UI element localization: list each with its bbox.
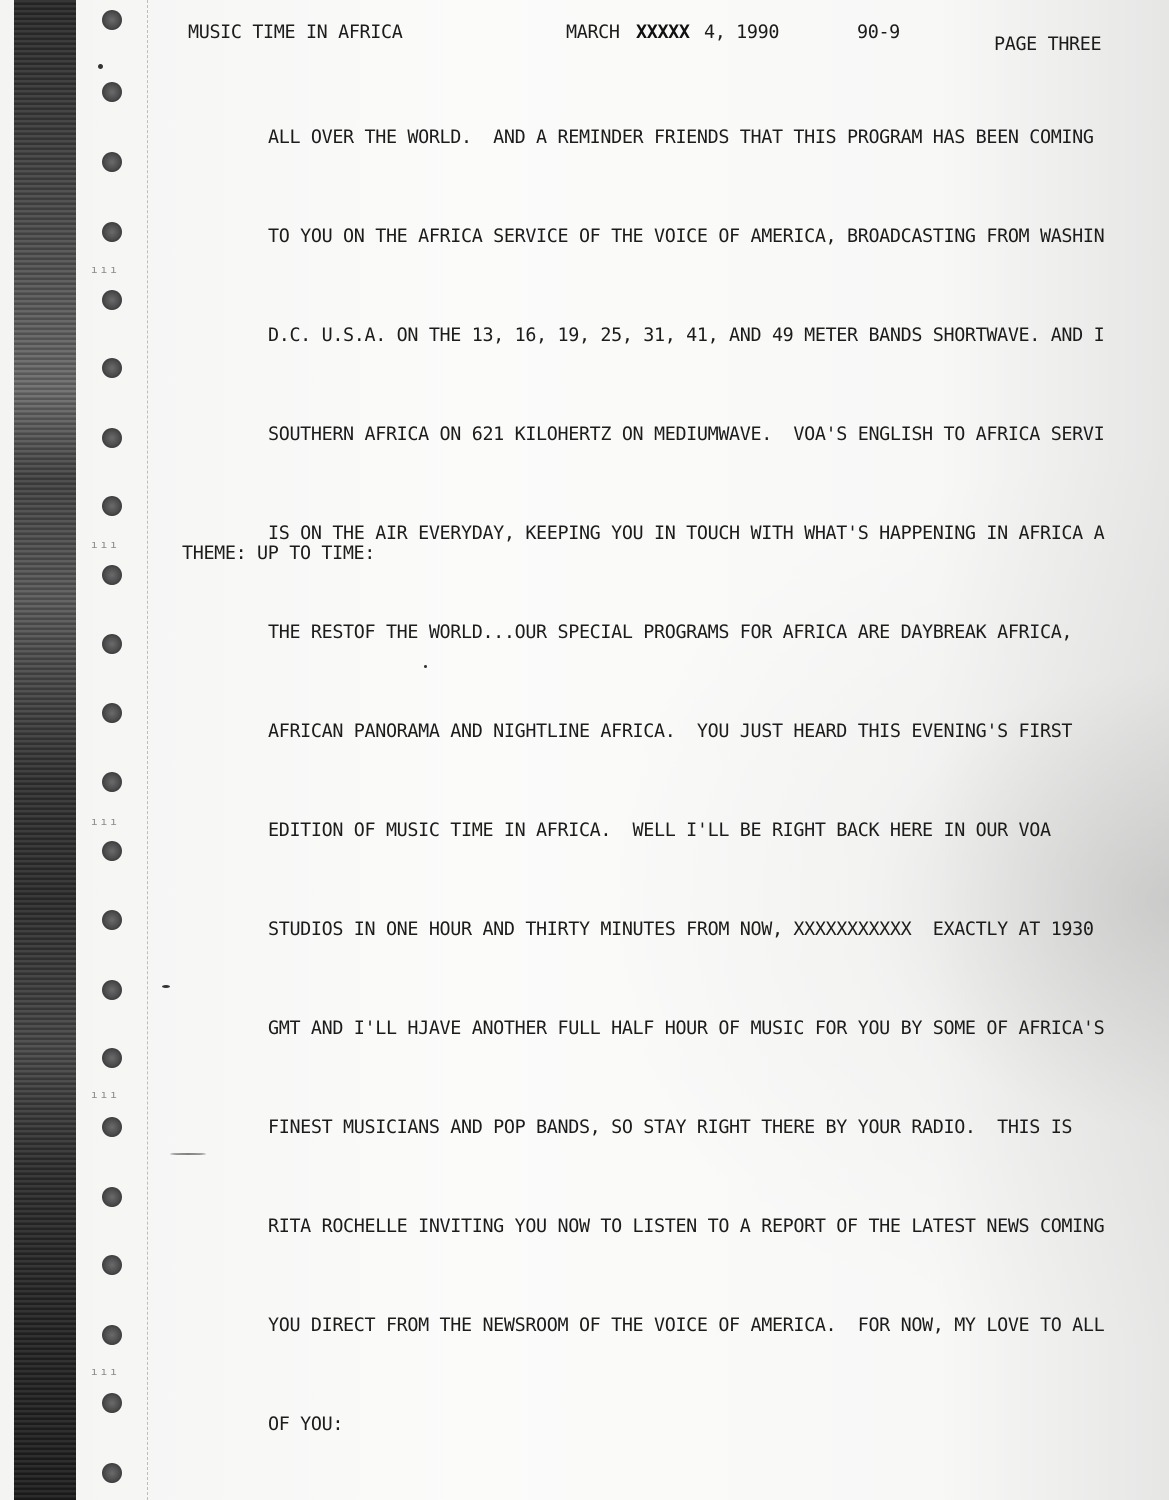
tractor-hole [102,358,122,378]
script-line: AFRICAN PANORAMA AND NIGHTLINE AFRICA. Y… [268,715,1104,748]
script-line: EDITION OF MUSIC TIME IN AFRICA. WELL I'… [268,814,1104,847]
script-line: GMT AND I'LL HJAVE ANOTHER FULL HALF HOU… [268,1012,1104,1045]
script-line: ALL OVER THE WORLD. AND A REMINDER FRIEN… [268,121,1104,154]
script-line: FINEST MUSICIANS AND POP BANDS, SO STAY … [268,1111,1104,1144]
tractor-hole [102,1255,122,1275]
tractor-hole [102,565,122,585]
script-line: THE RESTOF THE WORLD...OUR SPECIAL PROGR… [268,616,1104,649]
script-line: TO YOU ON THE AFRICA SERVICE OF THE VOIC… [268,220,1104,253]
tractor-hole [102,290,122,310]
tractor-hole [102,496,122,516]
date-month: MARCH [566,22,620,43]
perforation-line [147,0,148,1500]
script-line: SOUTHERN AFRICA ON 621 KILOHERTZ ON MEDI… [268,418,1104,451]
tick-mark: ııı [91,815,120,828]
ink-speck [162,985,170,988]
program-title: MUSIC TIME IN AFRICA [188,22,402,43]
tractor-hole [102,910,122,930]
tractor-hole [102,152,122,172]
ink-speck [170,1153,206,1155]
script-line: OF YOU: [268,1408,1104,1441]
tractor-hole [102,1325,122,1345]
tractor-hole [102,222,122,242]
tractor-hole [102,10,122,30]
date-day-year: 4, 1990 [704,22,779,43]
script-body: ALL OVER THE WORLD. AND A REMINDER FRIEN… [268,55,1104,1474]
tick-mark: ııı [91,263,120,276]
script-line: RITA ROCHELLE INVITING YOU NOW TO LISTEN… [268,1210,1104,1243]
show-number: 90-9 [857,22,900,43]
tractor-hole [102,634,122,654]
tick-mark: ııı [91,1365,120,1378]
script-line: STUDIOS IN ONE HOUR AND THIRTY MINUTES F… [268,913,1104,946]
script-line: YOU DIRECT FROM THE NEWSROOM OF THE VOIC… [268,1309,1104,1342]
tractor-hole [102,703,122,723]
tractor-hole [102,841,122,861]
theme-cue: THEME: UP TO TIME: [182,537,375,570]
ink-speck [98,64,103,69]
tractor-hole [102,82,122,102]
tick-mark: ııı [91,1088,120,1101]
tractor-hole [102,772,122,792]
page-number: PAGE THREE [994,34,1101,55]
tractor-feed-strip [14,0,76,1500]
script-line: D.C. U.S.A. ON THE 13, 16, 19, 25, 31, 4… [268,319,1104,352]
date-struck-out: XXXXX [636,22,690,43]
tractor-hole [102,428,122,448]
tractor-hole [102,980,122,1000]
tractor-hole [102,1463,122,1483]
tick-mark: ııı [91,538,120,551]
tractor-hole [102,1117,122,1137]
tractor-hole [102,1187,122,1207]
tractor-hole [102,1393,122,1413]
script-line: IS ON THE AIR EVERYDAY, KEEPING YOU IN T… [268,517,1104,550]
tractor-hole [102,1048,122,1068]
